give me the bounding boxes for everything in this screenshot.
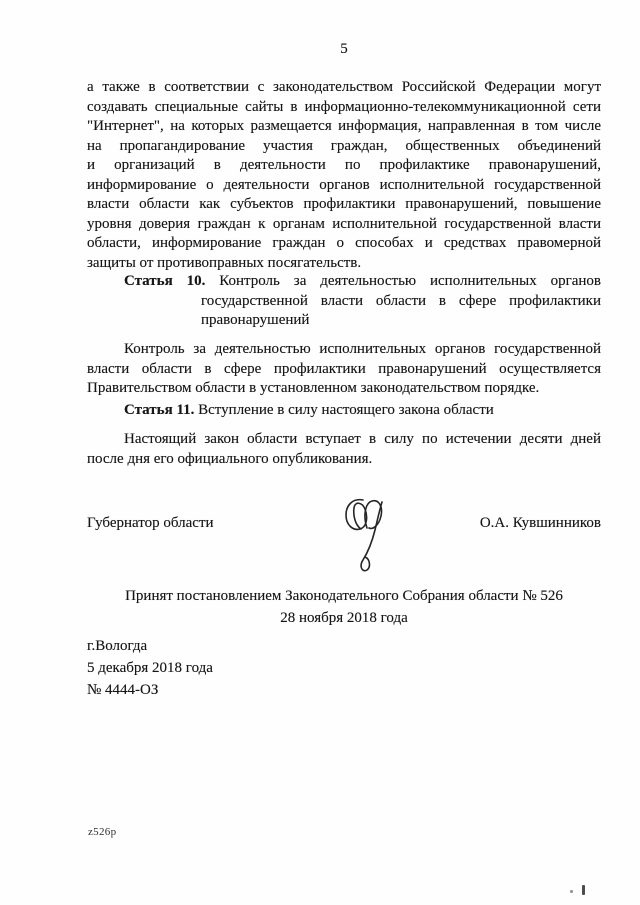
- text-line: "Интернет", на которых размещается инфор…: [87, 117, 601, 137]
- signature-scribble-icon: [343, 496, 389, 575]
- text-line: создавать специальные сайты в информацио…: [87, 98, 601, 118]
- article-heading-line: государственной власти области в сфере п…: [87, 292, 601, 312]
- article-11-title: Вступление в силу настоящего закона обла…: [198, 402, 494, 418]
- text-line: Правительством области в установленном з…: [87, 379, 601, 399]
- text-line: власти области как субъектов профилактик…: [87, 195, 601, 215]
- text-line: защиты от противоправных посягательств.: [87, 254, 601, 274]
- text-line: Настоящий закон области вступает в силу …: [87, 430, 601, 450]
- document-page: 5 а также в соответствии с законодательс…: [0, 0, 640, 905]
- article-10-number: Статья 10.: [124, 273, 205, 289]
- text-line: информирование о деятельности органов ис…: [87, 176, 601, 196]
- document-number: № 4444-ОЗ: [87, 680, 601, 702]
- text-line: и организаций в деятельности по профилак…: [87, 156, 601, 176]
- issue-details: г.Вологда 5 декабря 2018 года № 4444-ОЗ: [87, 636, 601, 701]
- article-heading-line: Статья 11. Вступление в силу настоящего …: [87, 401, 601, 421]
- article-11-heading: Статья 11. Вступление в силу настоящего …: [87, 401, 601, 421]
- text-line: на пропагандирование участия граждан, об…: [87, 137, 601, 157]
- issue-date: 5 декабря 2018 года: [87, 658, 601, 680]
- signatory-title: Губернатор области: [87, 513, 214, 533]
- text-line: области, информирование граждан о способ…: [87, 234, 601, 254]
- text-line: Контроль за деятельностью исполнительных…: [87, 340, 601, 360]
- paragraph-entry-into-force: Настоящий закон области вступает в силу …: [87, 430, 601, 469]
- text-line: власти области в сфере профилактики прав…: [87, 360, 601, 380]
- scan-speck-dot: [570, 890, 573, 893]
- scan-speck-tick: [582, 885, 585, 895]
- text-line: уровня доверия граждан к органам исполни…: [87, 215, 601, 235]
- issue-city: г.Вологда: [87, 636, 601, 658]
- adoption-date: 28 ноября 2018 года: [87, 607, 601, 629]
- article-heading-line: правонарушений: [87, 311, 601, 331]
- signatory-name: О.А. Кувшинников: [480, 513, 601, 533]
- adoption-resolution: Принят постановлением Законодательного С…: [87, 585, 601, 607]
- paragraph-control: Контроль за деятельностью исполнительных…: [87, 340, 601, 399]
- article-10-title: Контроль за деятельностью исполнительных…: [219, 273, 601, 289]
- text-line: после дня его официального опубликования…: [87, 450, 601, 470]
- page-number: 5: [87, 41, 601, 58]
- article-heading-line: Статья 10. Контроль за деятельностью исп…: [87, 272, 601, 292]
- text-line: а также в соответствии с законодательств…: [87, 78, 601, 98]
- adoption-note: Принят постановлением Законодательного С…: [87, 585, 601, 629]
- article-10-heading: Статья 10. Контроль за деятельностью исп…: [87, 272, 601, 331]
- article-11-number: Статья 11.: [124, 402, 194, 418]
- footer-code: z526p: [88, 826, 116, 838]
- paragraph-internet-sites: а также в соответствии с законодательств…: [87, 78, 601, 273]
